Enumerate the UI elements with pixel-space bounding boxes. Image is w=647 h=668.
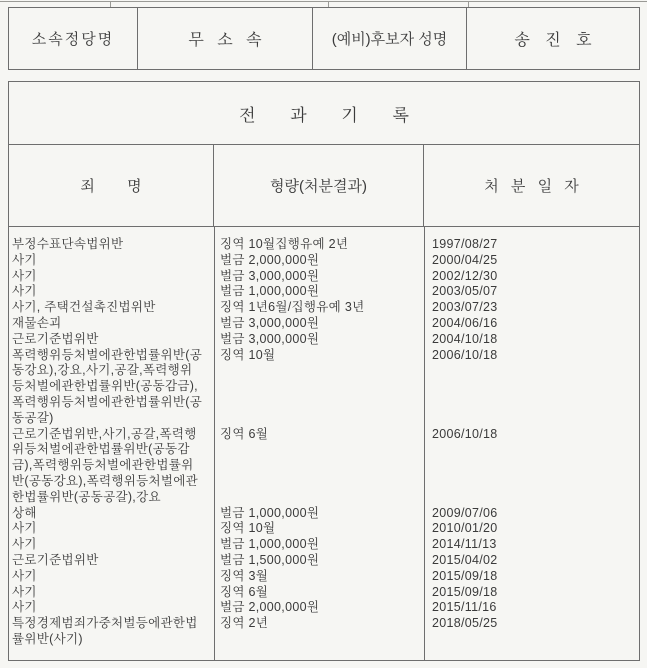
sentence-cell: 징역 2년 [214, 616, 424, 632]
crime-cell: 재물손괴 [9, 316, 214, 332]
crime-cell: 상해 [9, 506, 214, 522]
crime-cell: 근로기준법위반 [9, 553, 214, 569]
crime-cell: 사기 [9, 600, 214, 616]
table-row: 부정수표단속법위반 징역 10월집행유예 2년 1997/08/27 [9, 237, 639, 253]
table-row: 사기 벌금 3,000,000원 2002/12/30 [9, 269, 639, 285]
column-header-crime: 죄 명 [9, 145, 214, 226]
crime-cell: 사기, 주택건설촉진법위반 [9, 300, 214, 316]
table-row: 상해 벌금 1,000,000원 2009/07/06 [9, 506, 639, 522]
crime-cell: 사기 [9, 269, 214, 285]
sentence-cell: 벌금 1,000,000원 [214, 506, 424, 522]
table-row: 근로기준법위반 벌금 3,000,000원 2004/10/18 [9, 332, 639, 348]
crime-cell: 사기 [9, 284, 214, 300]
sentence-cell: 벌금 2,000,000원 [214, 600, 424, 616]
crime-cell: 근로기준법위반 [9, 332, 214, 348]
candidate-name-value: 송 진 호 [467, 8, 639, 69]
crime-cell: 사기 [9, 537, 214, 553]
date-cell: 2015/04/02 [424, 553, 639, 569]
crime-cell: 사기 [9, 585, 214, 601]
table-row: 사기 벌금 1,000,000원 2014/11/13 [9, 537, 639, 553]
table-row: 근로기준법위반 벌금 1,500,000원 2015/04/02 [9, 553, 639, 569]
sentence-cell: 벌금 3,000,000원 [214, 332, 424, 348]
date-cell: 2003/07/23 [424, 300, 639, 316]
sentence-cell: 벌금 3,000,000원 [214, 269, 424, 285]
sentence-cell: 벌금 1,000,000원 [214, 284, 424, 300]
crime-cell: 근로기준법위반,사기,공갈,폭력행 위등처벌에관한법률위반(공동감 금),폭력행… [9, 427, 214, 506]
column-header-sentence: 형량(처분결과) [214, 145, 424, 226]
sentence-cell: 징역 1년6월/집행유예 3년 [214, 300, 424, 316]
scan-edge-line [0, 1, 647, 2]
table-row: 사기 징역 10월 2010/01/20 [9, 521, 639, 537]
section-title: 전 과 기 록 [9, 82, 639, 145]
crime-cell: 사기 [9, 253, 214, 269]
crime-cell: 특정경제범죄가중처벌등에관한법 률위반(사기) [9, 616, 214, 648]
table-row: 사기 벌금 1,000,000원 2003/05/07 [9, 284, 639, 300]
table-row: 재물손괴 벌금 3,000,000원 2004/06/16 [9, 316, 639, 332]
column-divider [214, 227, 215, 660]
sentence-cell: 징역 3월 [214, 569, 424, 585]
date-cell: 2002/12/30 [424, 269, 639, 285]
date-cell: 2003/05/07 [424, 284, 639, 300]
table-row: 근로기준법위반,사기,공갈,폭력행 위등처벌에관한법률위반(공동감 금),폭력행… [9, 427, 639, 506]
table-row: 사기 벌금 2,000,000원 2015/11/16 [9, 600, 639, 616]
sentence-cell: 징역 10월집행유예 2년 [214, 237, 424, 253]
table-row: 사기 벌금 2,000,000원 2000/04/25 [9, 253, 639, 269]
sentence-cell: 징역 6월 [214, 585, 424, 601]
candidate-info-table: 소속정당명 무 소 속 (예비)후보자 성명 송 진 호 [8, 7, 640, 70]
party-affiliation-value: 무 소 속 [138, 8, 313, 69]
criminal-record-table: 전 과 기 록 죄 명 형량(처분결과) 처 분 일 자 부정수표단속법위반 징… [8, 81, 640, 661]
date-cell: 2015/11/16 [424, 600, 639, 616]
crime-cell: 부정수표단속법위반 [9, 237, 214, 253]
sentence-cell: 벌금 3,000,000원 [214, 316, 424, 332]
date-cell: 1997/08/27 [424, 237, 639, 253]
party-affiliation-label: 소속정당명 [9, 8, 138, 69]
date-cell: 2006/10/18 [424, 348, 639, 364]
sentence-cell: 징역 10월 [214, 348, 424, 364]
table-row: 사기 징역 3월 2015/09/18 [9, 569, 639, 585]
crime-cell: 폭력행위등처벌에관한법률위반(공 동강요),강요,사기,공갈,폭력행위 등처벌에… [9, 348, 214, 427]
table-row: 특정경제범죄가중처벌등에관한법 률위반(사기) 징역 2년 2018/05/25 [9, 616, 639, 648]
record-table-body: 부정수표단속법위반 징역 10월집행유예 2년 1997/08/27 사기 벌금… [9, 227, 639, 660]
date-cell: 2009/07/06 [424, 506, 639, 522]
date-cell: 2015/09/18 [424, 585, 639, 601]
date-cell: 2014/11/13 [424, 537, 639, 553]
date-cell: 2000/04/25 [424, 253, 639, 269]
column-header-date: 처 분 일 자 [424, 145, 639, 226]
sentence-cell: 벌금 1,500,000원 [214, 553, 424, 569]
column-divider [424, 227, 425, 660]
table-header-row: 죄 명 형량(처분결과) 처 분 일 자 [9, 145, 639, 227]
date-cell: 2010/01/20 [424, 521, 639, 537]
candidate-name-label: (예비)후보자 성명 [313, 8, 467, 69]
sentence-cell: 벌금 2,000,000원 [214, 253, 424, 269]
date-cell: 2015/09/18 [424, 569, 639, 585]
crime-cell: 사기 [9, 569, 214, 585]
date-cell: 2004/06/16 [424, 316, 639, 332]
date-cell: 2018/05/25 [424, 616, 639, 632]
table-row: 사기 징역 6월 2015/09/18 [9, 585, 639, 601]
table-row: 사기, 주택건설촉진법위반 징역 1년6월/집행유예 3년 2003/07/23 [9, 300, 639, 316]
date-cell: 2006/10/18 [424, 427, 639, 443]
sentence-cell: 벌금 1,000,000원 [214, 537, 424, 553]
sentence-cell: 징역 6월 [214, 427, 424, 443]
sentence-cell: 징역 10월 [214, 521, 424, 537]
table-row: 폭력행위등처벌에관한법률위반(공 동강요),강요,사기,공갈,폭력행위 등처벌에… [9, 348, 639, 427]
crime-cell: 사기 [9, 521, 214, 537]
date-cell: 2004/10/18 [424, 332, 639, 348]
